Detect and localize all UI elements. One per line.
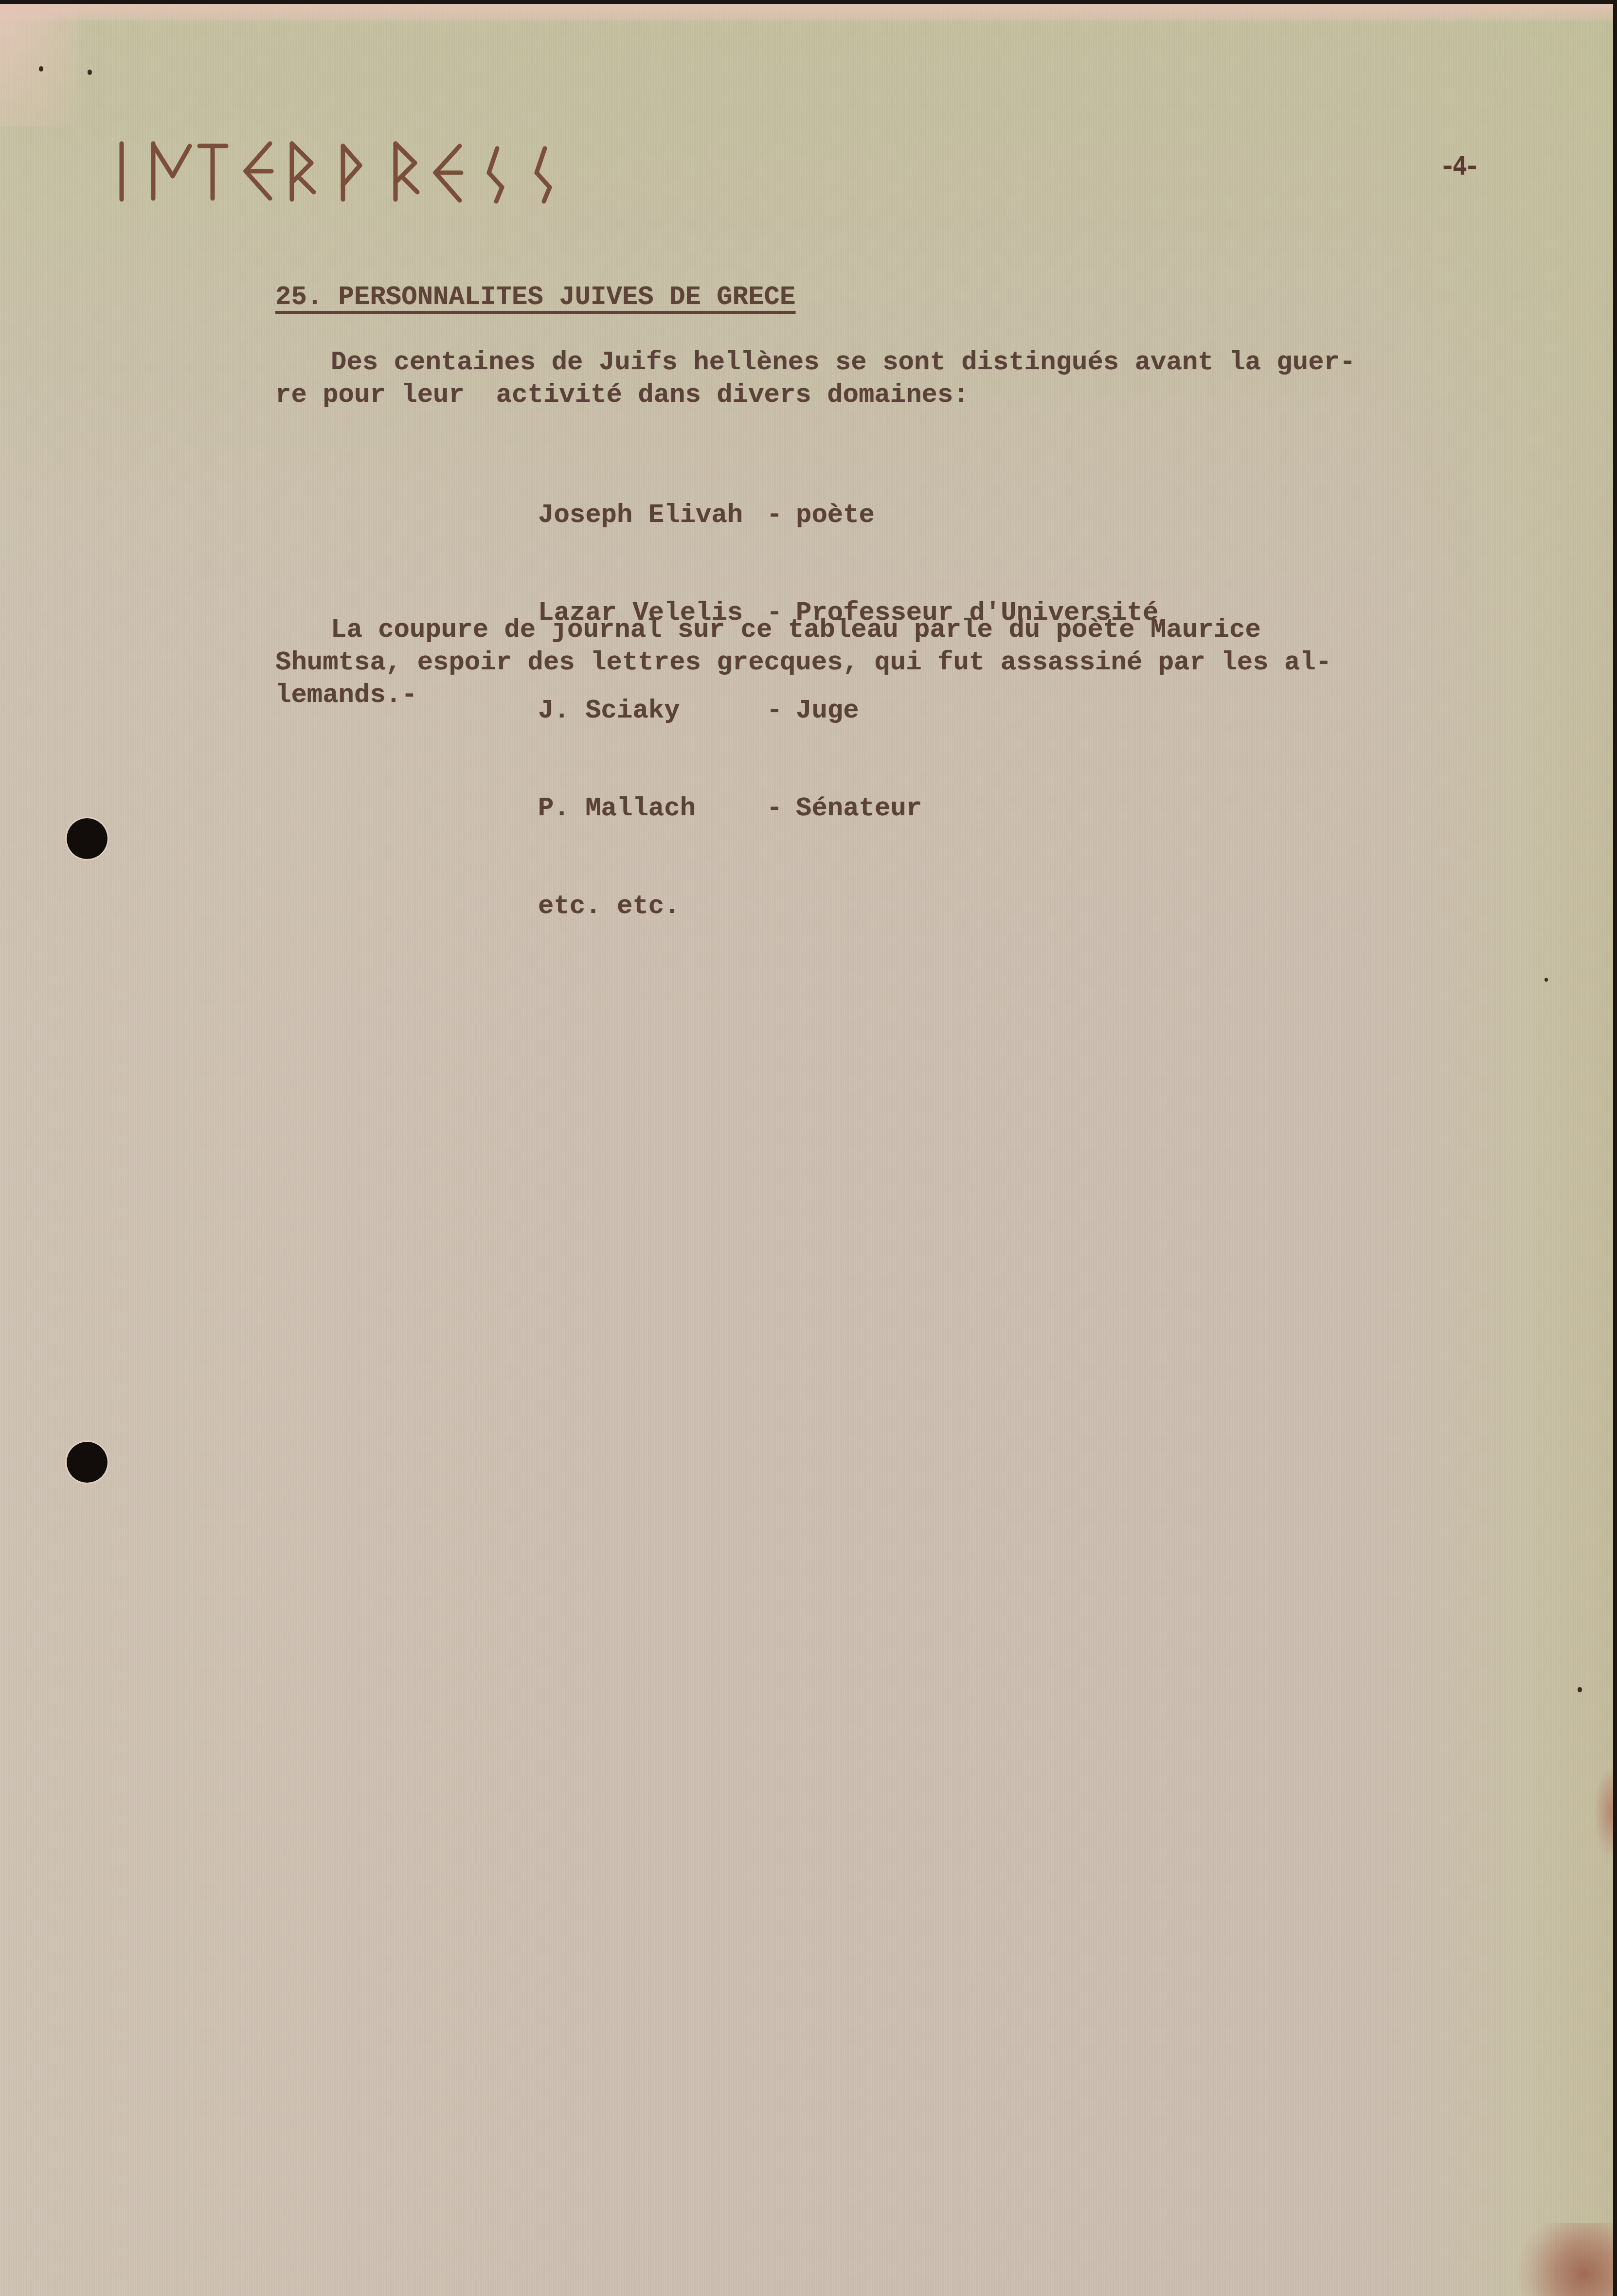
rust-stain <box>1594 1766 1613 1858</box>
list-dash: - <box>767 499 781 532</box>
paragraph-1-line-1: Des centaines de Juifs hellènes se sont … <box>331 346 1355 379</box>
paragraph-2-line-1: La coupure de journal sur ce tableau par… <box>331 614 1261 646</box>
person-role: poète <box>781 499 875 532</box>
person-name: Joseph Elivah <box>538 499 767 532</box>
paper-speck <box>88 70 92 75</box>
document-page: -4- 25. PERSONNALITES JUIVES DE GRECE De… <box>0 0 1617 2296</box>
section-heading: 25. PERSONNALITES JUIVES DE GRECE <box>275 281 795 314</box>
person-role: Juge <box>781 695 859 727</box>
paper-speck <box>39 66 43 72</box>
paragraph-2-line-2: Shumtsa, espoir des lettres grecques, qu… <box>275 646 1331 679</box>
list-dash: - <box>767 792 781 825</box>
punch-hole <box>67 1442 108 1483</box>
paper-speck <box>1545 978 1548 982</box>
interpress-logo-icon <box>117 141 642 204</box>
page-number: -4- <box>1440 152 1477 181</box>
person-name: P. Mallach <box>538 792 767 825</box>
list-etc: etc. etc. <box>538 890 1158 923</box>
person-name: J. Sciaky <box>538 695 767 727</box>
paper-grain <box>0 0 1617 2296</box>
list-item: J. Sciaky - Juge <box>538 695 1158 727</box>
rust-stain <box>1516 2223 1613 2296</box>
person-role: Sénateur <box>781 792 922 825</box>
scan-border-right <box>1613 0 1617 2296</box>
scan-border-top <box>0 0 1617 4</box>
paragraph-1-line-2: re pour leur activité dans divers domain… <box>275 379 969 412</box>
paper-top-edge <box>0 4 1613 21</box>
letterhead-logo <box>117 141 642 204</box>
list-item: Joseph Elivah - poète <box>538 499 1158 532</box>
list-item: P. Mallach - Sénateur <box>538 792 1158 825</box>
paper-speck <box>1578 1687 1582 1692</box>
paragraph-2-line-3: lemands.- <box>275 679 417 712</box>
personalities-list: Joseph Elivah - poète Lazar Velelis - Pr… <box>538 434 1158 988</box>
list-dash: - <box>767 695 781 727</box>
punch-hole <box>67 818 108 859</box>
